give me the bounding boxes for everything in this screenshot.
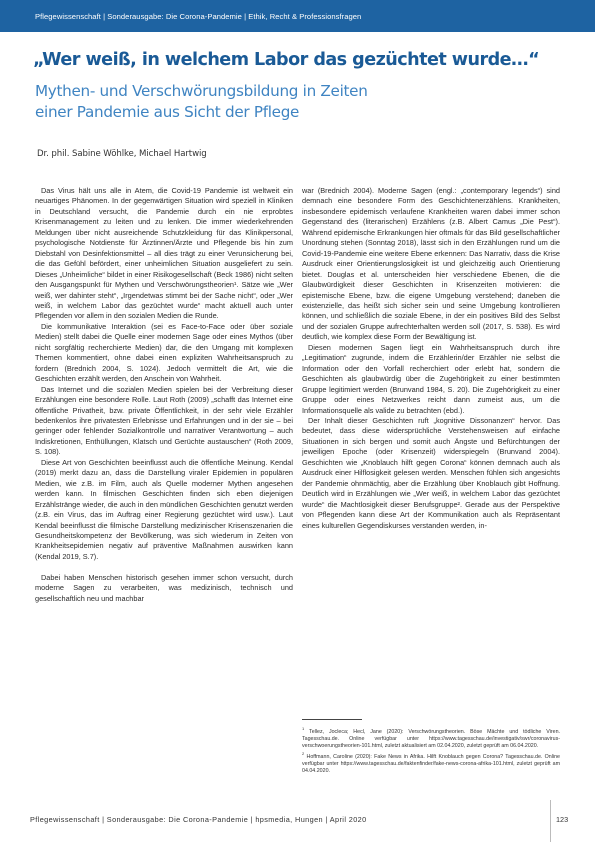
running-head: Pflegewissenschaft | Sonderausgabe: Die … bbox=[35, 12, 361, 21]
paragraph: Das Internet und die sozialen Medien spi… bbox=[35, 385, 293, 458]
paragraph: Die kommunikative Interaktion (sei es Fa… bbox=[35, 322, 293, 385]
footnote-2: 2 Hoffmann, Caroline (2020): Fake News i… bbox=[302, 750, 560, 775]
footer-divider bbox=[550, 800, 551, 842]
left-column: Das Virus hält uns alle in Atem, die Cov… bbox=[35, 186, 293, 604]
article-subtitle: Mythen- und Verschwörungsbildung in Zeit… bbox=[35, 81, 435, 123]
footnote-text: Tellez, Jocleca; Hecl, Jane (2020): Vers… bbox=[302, 729, 560, 749]
paragraph: Diesen modernen Sagen liegt ein Wahrheit… bbox=[302, 343, 560, 416]
paragraph: Der Inhalt dieser Geschichten ruft „kogn… bbox=[302, 416, 560, 531]
paragraph: Dabei haben Menschen historisch gesehen … bbox=[35, 573, 293, 604]
footnotes: 1 Tellez, Jocleca; Hecl, Jane (2020): Ve… bbox=[302, 725, 560, 775]
footnote-marker: 1 bbox=[302, 726, 304, 731]
footnote-1: 1 Tellez, Jocleca; Hecl, Jane (2020): Ve… bbox=[302, 725, 560, 750]
subtitle-line-2: einer Pandemie aus Sicht der Pflege bbox=[35, 102, 435, 123]
page-number: 123 bbox=[556, 815, 568, 824]
footnote-marker: 2 bbox=[302, 751, 304, 756]
footnote-text: Hoffmann, Caroline (2020): Fake News in … bbox=[302, 754, 560, 774]
article-authors: Dr. phil. Sabine Wöhlke, Michael Hartwig bbox=[37, 149, 207, 159]
running-header-bar: Pflegewissenschaft | Sonderausgabe: Die … bbox=[0, 0, 595, 32]
paragraph: Das Virus hält uns alle in Atem, die Cov… bbox=[35, 186, 293, 322]
paragraph: Diese Art von Geschichten beeinflusst au… bbox=[35, 458, 293, 563]
page-footer: Pflegewissenschaft | Sonderausgabe: Die … bbox=[30, 815, 367, 824]
paragraph: war (Brednich 2004). Moderne Sagen (engl… bbox=[302, 186, 560, 343]
right-column: war (Brednich 2004). Moderne Sagen (engl… bbox=[302, 186, 560, 531]
subtitle-line-1: Mythen- und Verschwörungsbildung in Zeit… bbox=[35, 81, 435, 102]
footnote-divider bbox=[302, 719, 362, 720]
article-title: „Wer weiß, in welchem Labor das gezüchte… bbox=[33, 50, 563, 70]
